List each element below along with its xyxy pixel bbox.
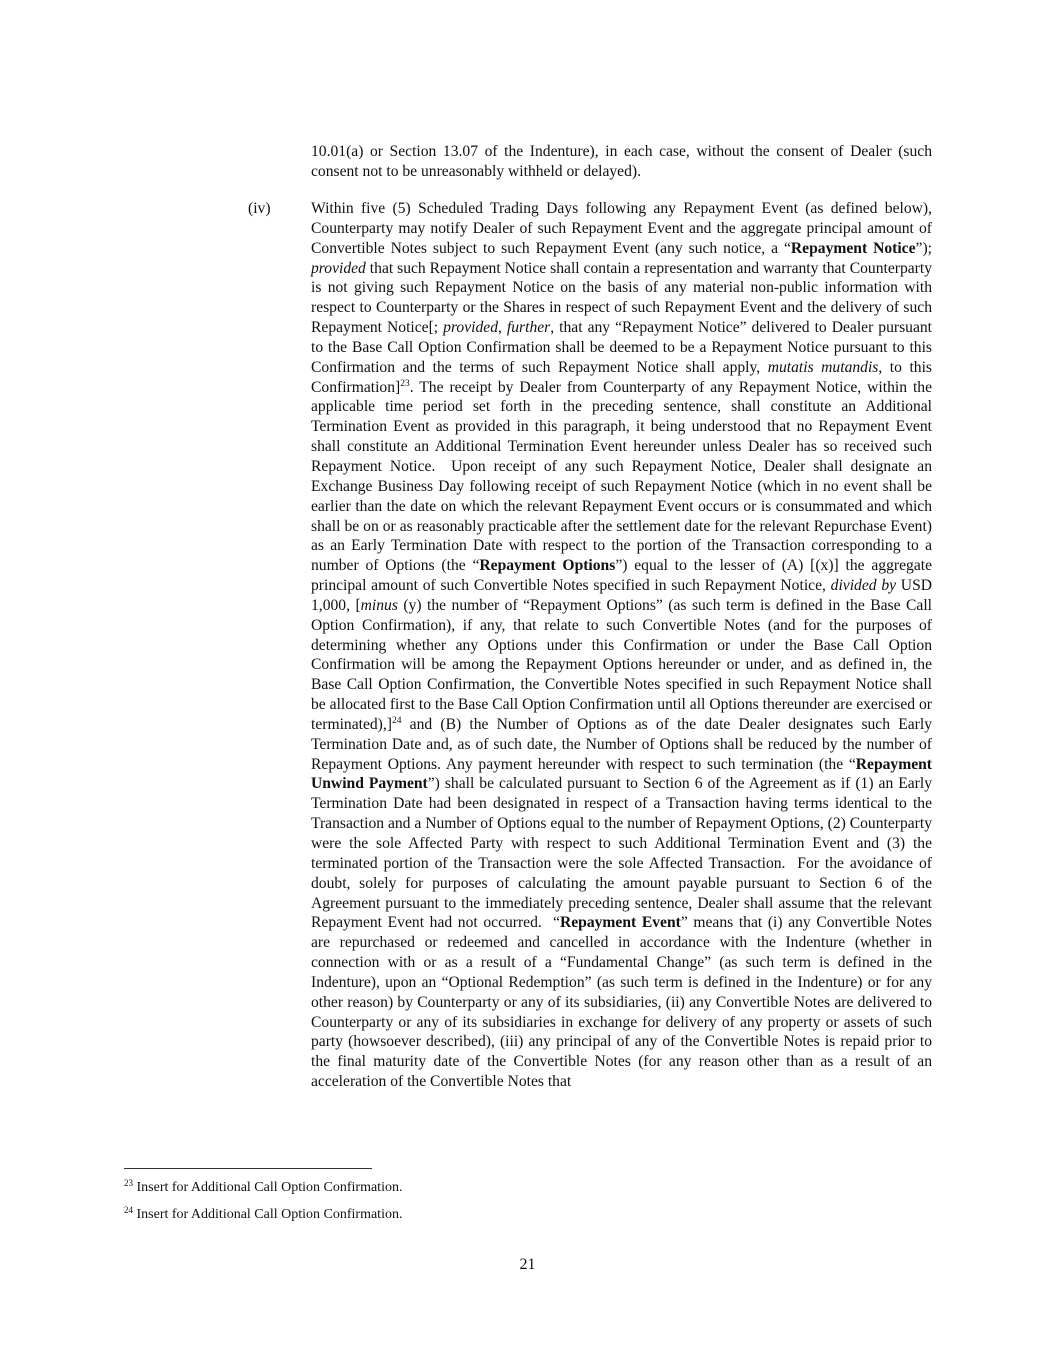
footnote-24: 24 Insert for Additional Call Option Con… [124, 1206, 402, 1224]
defined-term: Repayment Event [560, 914, 681, 931]
item-label-iv: (iv) [248, 199, 271, 219]
document-page: 10.01(a) or Section 13.07 of the Indentu… [0, 0, 1055, 1365]
repayment-event-paragraph: Within five (5) Scheduled Trading Days f… [311, 199, 932, 1092]
footnote-divider [124, 1168, 372, 1169]
italic-text: divided by [831, 577, 896, 594]
footnote-number: 24 [124, 1205, 133, 1215]
footnote-text: Insert for Additional Call Option Confir… [137, 1207, 403, 1222]
footnote-reference: 23 [400, 379, 410, 389]
footnote-text: Insert for Additional Call Option Confir… [137, 1180, 403, 1195]
italic-text: provided [443, 319, 498, 336]
footnote-reference: 24 [392, 716, 402, 726]
footnote-23: 23 Insert for Additional Call Option Con… [124, 1179, 402, 1197]
footnote-number: 23 [124, 1178, 133, 1188]
defined-term: Repayment Notice [791, 240, 916, 257]
italic-text: further [507, 319, 550, 336]
italic-text: mutatis mutandis [768, 359, 879, 376]
italic-text: minus [361, 597, 398, 614]
defined-term: Repayment Options [479, 557, 615, 574]
continuation-paragraph: 10.01(a) or Section 13.07 of the Indentu… [311, 142, 932, 182]
page-number: 21 [0, 1255, 1055, 1275]
defined-term: Repayment Unwind Payment [311, 756, 932, 793]
italic-text: provided [311, 260, 366, 277]
